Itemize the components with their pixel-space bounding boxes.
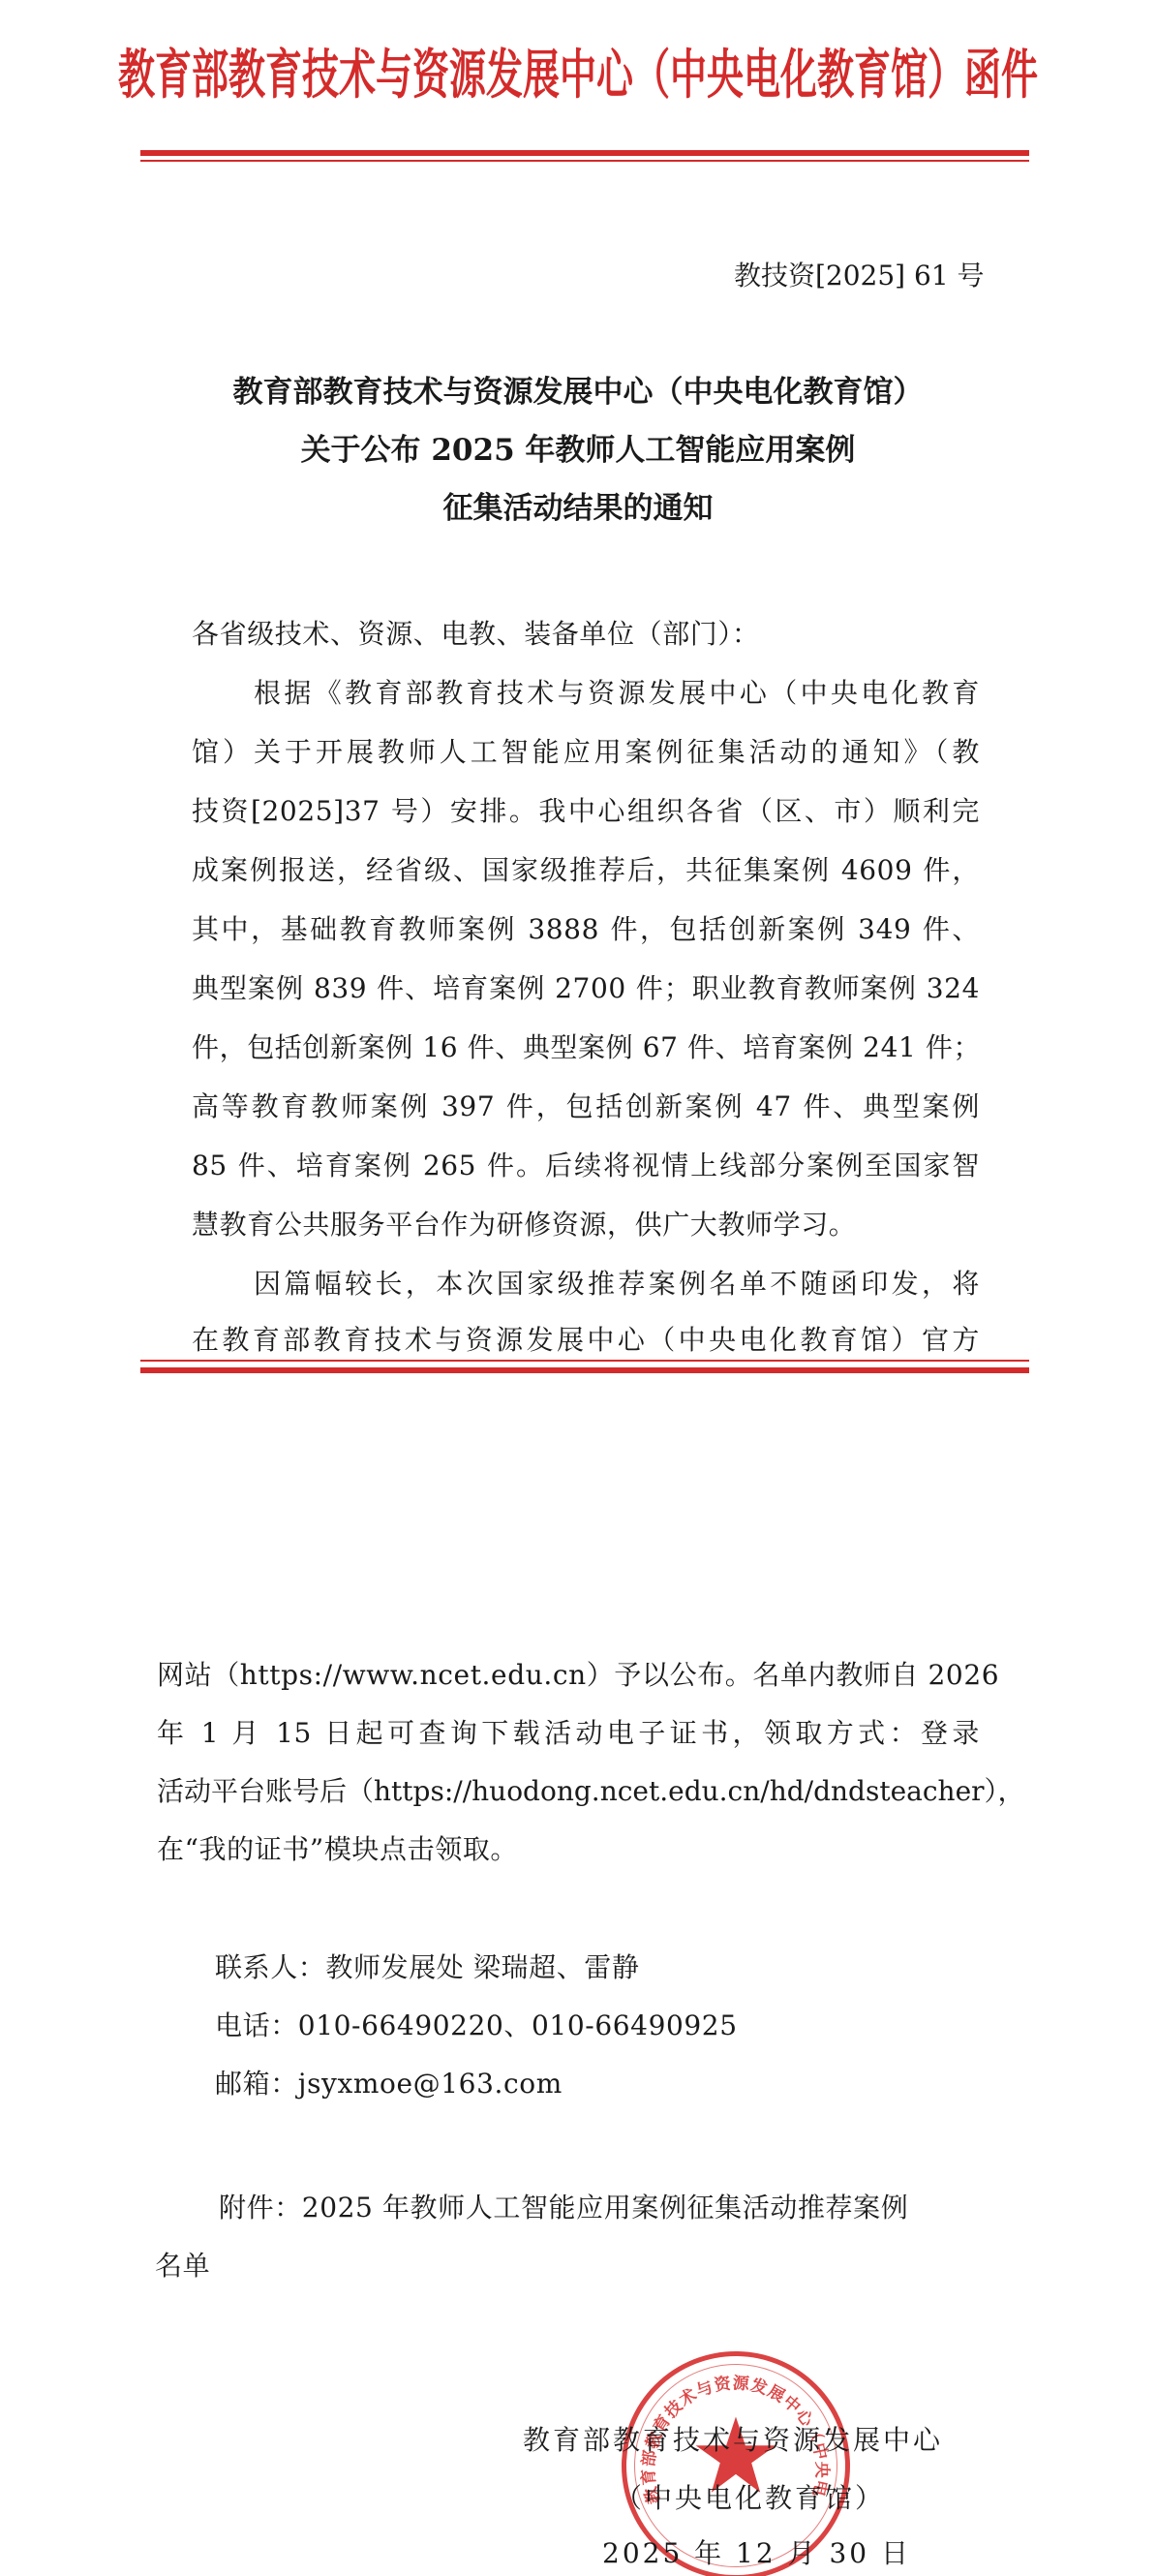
attachment-line: 附件：2025 年教师人工智能应用案例征集活动推荐案例 (219, 2192, 1007, 2224)
body-line: 根据《教育部教育技术与资源发展中心（中央电化教育 (254, 677, 980, 710)
letterhead-rule-thin (140, 160, 1029, 162)
body-line: 在教育部教育技术与资源发展中心（中央电化教育馆）官方 (192, 1324, 980, 1357)
signature-org-line1: 教育部教育技术与资源发展中心 (523, 2424, 943, 2457)
body-line: 技资[2025]37 号）安排。我中心组织各省（区、市）顺利完 (192, 795, 980, 828)
notice-heading-line2: 关于公布 2025 年教师人工智能应用案例 (0, 434, 1156, 467)
notice-heading-line3: 征集活动结果的通知 (0, 492, 1156, 525)
body-line: 慧教育公共服务平台作为研修资源，供广大教师学习。 (192, 1209, 980, 1242)
body-line: 馆）关于开展教师人工智能应用案例征集活动的通知》（教 (192, 736, 980, 769)
body-line: 在“我的证书”模块点击领取。 (157, 1833, 980, 1866)
body-line: 因篇幅较长，本次国家级推荐案例名单不随函印发，将 (254, 1268, 980, 1301)
body-line: 85 件、培育案例 265 件。后续将视情上线部分案例至国家智 (192, 1150, 980, 1182)
salutation: 各省级技术、资源、电教、装备单位（部门）： (192, 618, 980, 651)
contact-phone: 电话：010-66490220、010-66490925 (215, 2009, 1003, 2042)
letterhead-rule-thick (140, 150, 1029, 156)
body-line: 其中，基础教育教师案例 3888 件，包括创新案例 349 件、 (192, 913, 980, 946)
body-line: 活动平台账号后（https://huodong.ncet.edu.cn/hd/d… (157, 1775, 980, 1808)
letterhead-title: 教育部教育技术与资源发展中心（中央电化教育馆）函件 (0, 46, 1156, 103)
document-number: 教技资[2025] 61 号 (734, 260, 985, 292)
body-line: 典型案例 839 件、培育案例 2700 件；职业教育教师案例 324 (192, 972, 980, 1005)
body-line: 年 1 月 15 日起可查询下载活动电子证书，领取方式：登录 (157, 1717, 980, 1750)
notice-heading-line1: 教育部教育技术与资源发展中心（中央电化教育馆） (0, 376, 1156, 409)
body-line: 高等教育教师案例 397 件，包括创新案例 47 件、典型案例 (192, 1090, 980, 1123)
footer-rule-thick (140, 1367, 1029, 1373)
attachment-line: 名单 (155, 2250, 943, 2283)
body-line: 成案例报送，经省级、国家级推荐后，共征集案例 4609 件， (192, 854, 980, 887)
contact-person: 联系人：教师发展处 梁瑞超、雷静 (215, 1951, 1003, 1984)
body-line: 件，包括创新案例 16 件、典型案例 67 件、培育案例 241 件； (192, 1031, 980, 1064)
signature-date: 2025 年 12 月 30 日 (602, 2537, 911, 2570)
body-line: 网站（https://www.ncet.edu.cn）予以公布。名单内教师自 2… (157, 1659, 980, 1692)
contact-email: 邮箱：jsyxmoe@163.com (215, 2068, 1003, 2101)
footer-rule-thin (140, 1360, 1029, 1362)
signature-org-line2: （中央电化教育馆） (615, 2482, 885, 2515)
